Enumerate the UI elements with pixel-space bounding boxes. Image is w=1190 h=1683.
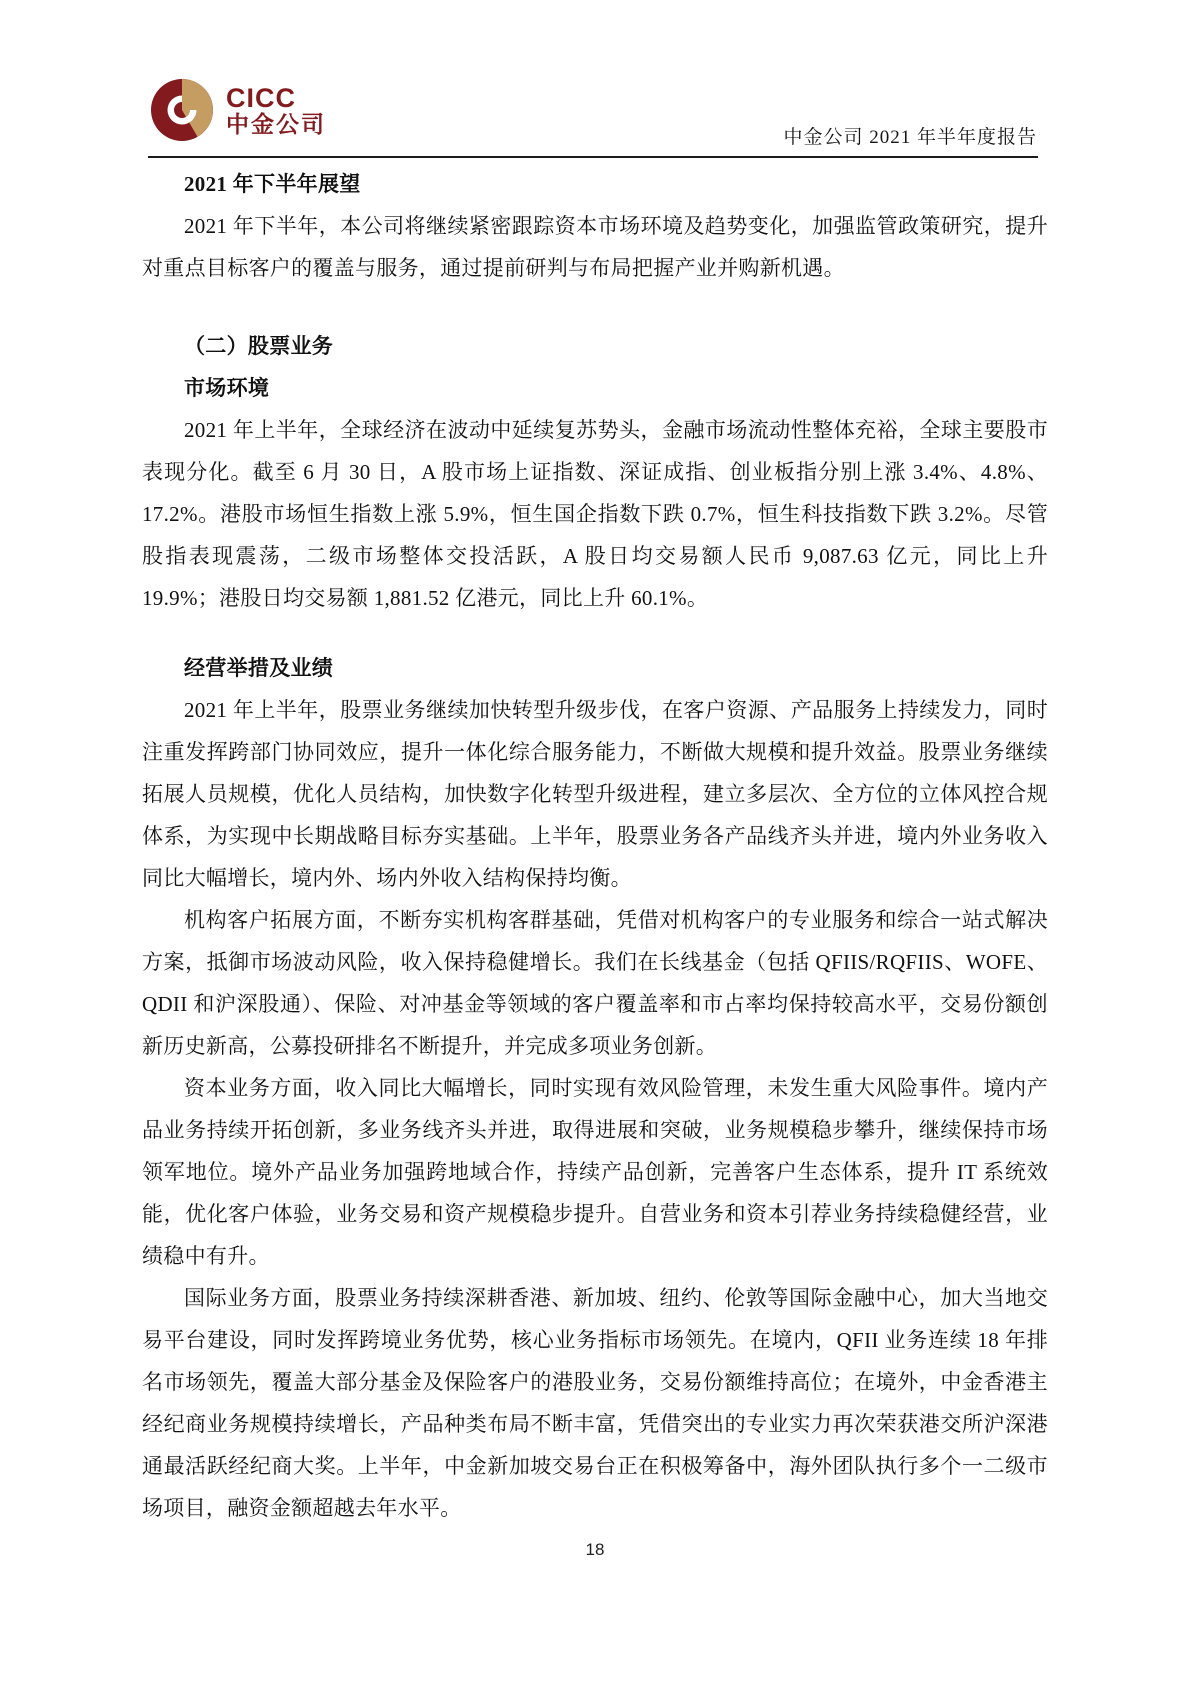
paragraph-market-environment: 2021 年上半年，全球经济在波动中延续复苏势头，金融市场流动性整体充裕，全球主… <box>142 409 1048 619</box>
report-title: 中金公司 2021 年半年度报告 <box>783 122 1037 149</box>
cicc-logo-text: CICC 中金公司 <box>226 84 326 136</box>
page-number: 18 <box>586 1540 605 1559</box>
header-divider <box>148 156 1038 158</box>
paragraph-operations-overview: 2021 年上半年，股票业务继续加快转型升级步伐，在客户资源、产品服务上持续发力… <box>142 689 1048 899</box>
section-heading-outlook: 2021 年下半年展望 <box>142 163 1048 205</box>
brand-name-zh: 中金公司 <box>226 112 326 136</box>
paragraph-institutional-clients: 机构客户拓展方面，不断夯实机构客群基础，凭借对机构客户的专业服务和综合一站式解决… <box>142 899 1048 1067</box>
cicc-logo: CICC 中金公司 <box>150 78 326 142</box>
page-header: CICC 中金公司 中金公司 2021 年半年度报告 <box>0 0 1190 160</box>
report-body: 2021 年下半年展望 2021 年下半年，本公司将继续紧密跟踪资本市场环境及趋… <box>142 163 1048 1529</box>
cicc-logo-icon <box>150 78 214 142</box>
brand-name-en: CICC <box>226 84 326 112</box>
paragraph-capital-business: 资本业务方面，收入同比大幅增长，同时实现有效风险管理，未发生重大风险事件。境内产… <box>142 1067 1048 1277</box>
section-heading-stock-business: （二）股票业务 <box>142 325 1048 367</box>
paragraph-outlook: 2021 年下半年，本公司将继续紧密跟踪资本市场环境及趋势变化，加强监管政策研究… <box>142 205 1048 289</box>
paragraph-international-business: 国际业务方面，股票业务持续深耕香港、新加坡、纽约、伦敦等国际金融中心，加大当地交… <box>142 1277 1048 1529</box>
subheading-operations-results: 经营举措及业绩 <box>142 647 1048 689</box>
page-footer: 18 <box>0 1540 1190 1560</box>
subheading-market-environment: 市场环境 <box>142 367 1048 409</box>
